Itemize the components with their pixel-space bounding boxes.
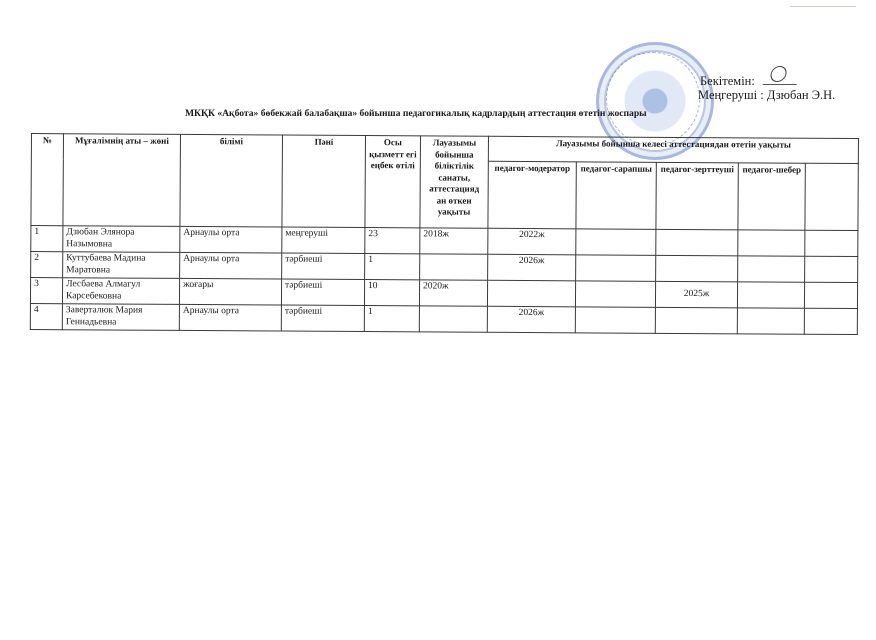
attestation-table: № Мұғалімнің аты – жөні білімі Пәні Осы …	[30, 133, 859, 335]
cell-num: 4	[30, 303, 62, 329]
cell-num: 3	[30, 278, 62, 304]
cell-expert	[575, 307, 655, 333]
cell-experience: 10	[364, 280, 419, 306]
cell-moderator: 2026ж	[487, 306, 575, 333]
header-master: педагог-шебер	[738, 163, 805, 230]
cell-extra	[805, 256, 858, 282]
header-next-attestation: Лауазымы бойынша келесі аттестациядан өт…	[488, 136, 858, 163]
approval-signer: Меңгеруші : Дзюбан Э.Н.	[698, 88, 835, 102]
header-education: білімі	[180, 134, 283, 227]
cell-subject: тәрбиеші	[281, 279, 364, 306]
cell-master	[738, 230, 805, 256]
cell-expert	[576, 255, 656, 281]
cell-moderator: 2022ж	[488, 228, 576, 255]
cell-master	[737, 282, 804, 308]
cell-education: Арнаулы орта	[180, 252, 282, 279]
cell-education: Арнаулы орта	[179, 304, 281, 331]
cell-extra	[805, 230, 858, 256]
header-category: Лауазымы бойынша біліктілік санаты, атте…	[420, 136, 489, 228]
cell-education: Арнаулы орта	[180, 226, 282, 253]
cell-master	[738, 256, 805, 282]
cell-subject: тәрбиеші	[282, 253, 365, 280]
header-researcher: педагог-зерттеуші	[656, 162, 738, 229]
header-experience: Осы қызметт егі еңбек өтілі	[365, 136, 421, 228]
cell-category	[420, 254, 488, 280]
cell-master	[737, 308, 804, 334]
header-name: Мұғалімнің аты – жөні	[63, 134, 181, 227]
approval-label: Бекітемін:	[700, 74, 835, 88]
seal-ring	[606, 52, 700, 146]
cell-category: 2020ж	[419, 280, 487, 306]
cell-num: 1	[31, 226, 63, 252]
cell-subject: тәрбиеші	[281, 305, 364, 332]
cell-moderator	[487, 280, 575, 307]
cell-experience: 23	[365, 228, 420, 254]
cell-researcher	[656, 229, 738, 256]
cell-researcher	[655, 307, 737, 334]
cell-researcher	[656, 255, 738, 282]
cell-subject: меңгеруші	[282, 227, 365, 254]
cell-education: жоғары	[179, 278, 281, 305]
cell-extra	[804, 308, 857, 334]
cell-experience: 1	[365, 254, 420, 280]
cell-expert	[576, 229, 656, 255]
scan-edge-line	[790, 6, 856, 7]
cell-moderator: 2026ж	[488, 254, 576, 281]
cell-expert	[575, 281, 655, 307]
header-num: №	[31, 134, 64, 226]
header-empty	[805, 163, 858, 230]
cell-name: Заверталюк Мария Геннадьевна	[62, 304, 179, 331]
header-subject: Пәні	[282, 135, 366, 228]
cell-name: Лесбаева Алмагул Карсебековна	[62, 278, 179, 305]
cell-name: Куттубаева Мадина Маратовна	[63, 252, 180, 279]
table-row: 4 Заверталюк Мария Геннадьевна Арнаулы о…	[30, 303, 857, 334]
header-expert: педагог-сарапшы	[576, 162, 656, 229]
cell-num: 2	[31, 252, 63, 278]
cell-category: 2018ж	[420, 228, 488, 254]
cell-researcher: 2025ж	[655, 281, 737, 308]
cell-name: Дзюбан Элянора Назымовна	[63, 226, 180, 253]
cell-experience: 1	[364, 306, 419, 332]
cell-category	[419, 306, 487, 332]
header-moderator: педагог-модератор	[488, 161, 576, 229]
cell-extra	[804, 282, 857, 308]
approval-block: Бекітемін: Меңгеруші : Дзюбан Э.Н.	[698, 74, 835, 102]
document-title: МКҚК «Ақбота» бөбекжай балабақша» бойынш…	[185, 108, 647, 119]
